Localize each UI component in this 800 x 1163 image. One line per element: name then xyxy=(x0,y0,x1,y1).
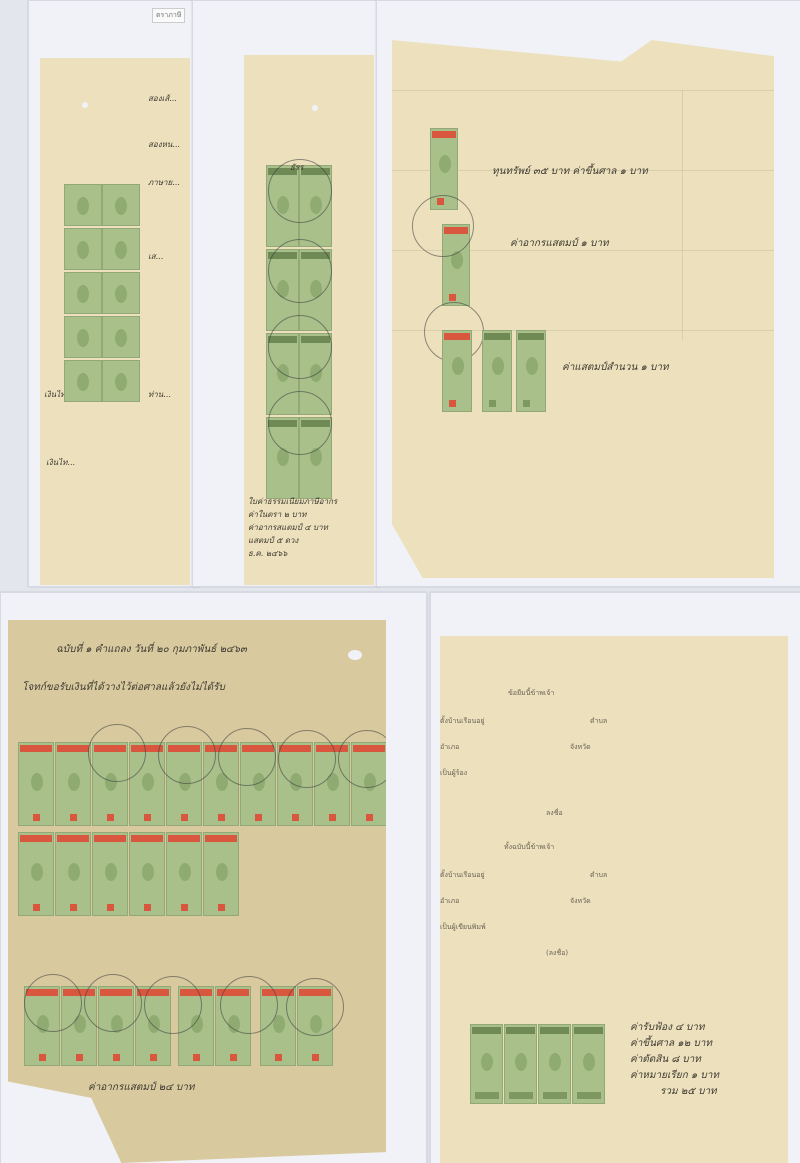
revenue-stamp-block xyxy=(64,184,140,402)
printed-label: ตำบล xyxy=(590,870,607,881)
postmark-text: ธัรร xyxy=(290,161,303,174)
printed-label: ตำบล xyxy=(590,716,607,727)
printed-label: ลงชื่อ xyxy=(546,808,563,819)
document-bottom-right: ข้อยืมนี้ข้าพเจ้า ตั้งบ้านเรือนอยู่ ตำบล… xyxy=(440,636,788,1163)
revenue-stamp-row xyxy=(18,742,386,826)
document-top-right: ทุนทรัพย์ ๓๕ บาท ค่าขึ้นศาล ๑ บาท ค่าอาก… xyxy=(392,40,774,578)
handwritten-line: โจทก์ขอรับเงินที่ได้วางไว้ต่อศาลแล้วยังไ… xyxy=(22,680,225,695)
revenue-stamp xyxy=(442,330,472,412)
printed-label: อำเภอ xyxy=(440,742,459,753)
handwritten-line: สองเส้... xyxy=(148,92,177,105)
revenue-stamp-column xyxy=(266,165,332,505)
printed-label: ข้อยืมนี้ข้าพเจ้า xyxy=(508,688,554,699)
handwritten-line: สองหน... xyxy=(148,138,180,151)
handwritten-line: ฉบับที่ ๑ คำแถลง วันที่ ๒๐ กุมภาพันธ์ ๒๔… xyxy=(56,642,247,657)
document-bottom-left: ฉบับที่ ๑ คำแถลง วันที่ ๒๐ กุมภาพันธ์ ๒๔… xyxy=(8,620,386,1163)
punch-hole xyxy=(82,102,88,108)
printed-label: จังหวัด xyxy=(570,742,591,753)
revenue-stamp-row xyxy=(18,832,248,916)
postmark xyxy=(412,195,474,257)
handwritten-line: ท่าน... xyxy=(148,388,171,401)
fee-line: ค่าแสตมป์สำนวน ๑ บาท xyxy=(562,360,669,375)
handwritten-line: เงินไท... xyxy=(46,456,75,469)
fee-line: ค่าอากรแสตมป์ ๑ บาท xyxy=(510,236,609,251)
printed-label: เป็นผู้เขียนพิมพ์ xyxy=(440,922,486,933)
handwritten-line: ค่าอากรแสตมป์ ๒๔ บาท xyxy=(88,1080,194,1095)
handwritten-fees: ค่ารับฟ้อง ๔ บาท ค่าขึ้นศาล ๑๒ บาท ค่าตั… xyxy=(630,1020,719,1100)
punch-hole xyxy=(348,650,362,660)
printed-label: (ลงชื่อ) xyxy=(546,948,568,959)
printed-label: ตั้งบ้านเรือนอยู่ xyxy=(440,870,485,881)
printed-label: ตั้งบ้านเรือนอยู่ xyxy=(440,716,485,727)
printed-label: ทั้งฉบับนี้ข้าพเจ้า xyxy=(504,842,554,853)
handwritten-note: ใบค่าธรรมเนียมภาษีอากร ค่าในตรา ๒ บาท ค่… xyxy=(248,495,337,560)
fee-line: ทุนทรัพย์ ๓๕ บาท ค่าขึ้นศาล ๑ บาท xyxy=(492,164,648,179)
printed-label: จังหวัด xyxy=(570,896,591,907)
printed-label: อำเภอ xyxy=(440,896,459,907)
sleeve-label: ตราภาษี xyxy=(152,8,185,23)
postmark xyxy=(268,391,332,455)
document-top-left: สองเส้... สองหน... ภาษาย... เส... ท่าน..… xyxy=(40,58,190,585)
printed-label: เป็นผู้ร้อง xyxy=(440,768,467,779)
postmark xyxy=(268,315,332,379)
handwritten-line: เส... xyxy=(148,250,163,263)
revenue-stamp xyxy=(516,330,546,412)
handwritten-line: ภาษาย... xyxy=(148,176,180,189)
punch-hole xyxy=(312,105,318,111)
revenue-stamp-block xyxy=(470,1024,606,1104)
revenue-stamp-row xyxy=(24,986,324,1066)
revenue-stamp xyxy=(482,330,512,412)
postmark xyxy=(268,239,332,303)
document-top-middle: ธัรร ใบค่าธรรมเนียมภาษีอากร ค่าในตรา ๒ บ… xyxy=(244,55,374,585)
